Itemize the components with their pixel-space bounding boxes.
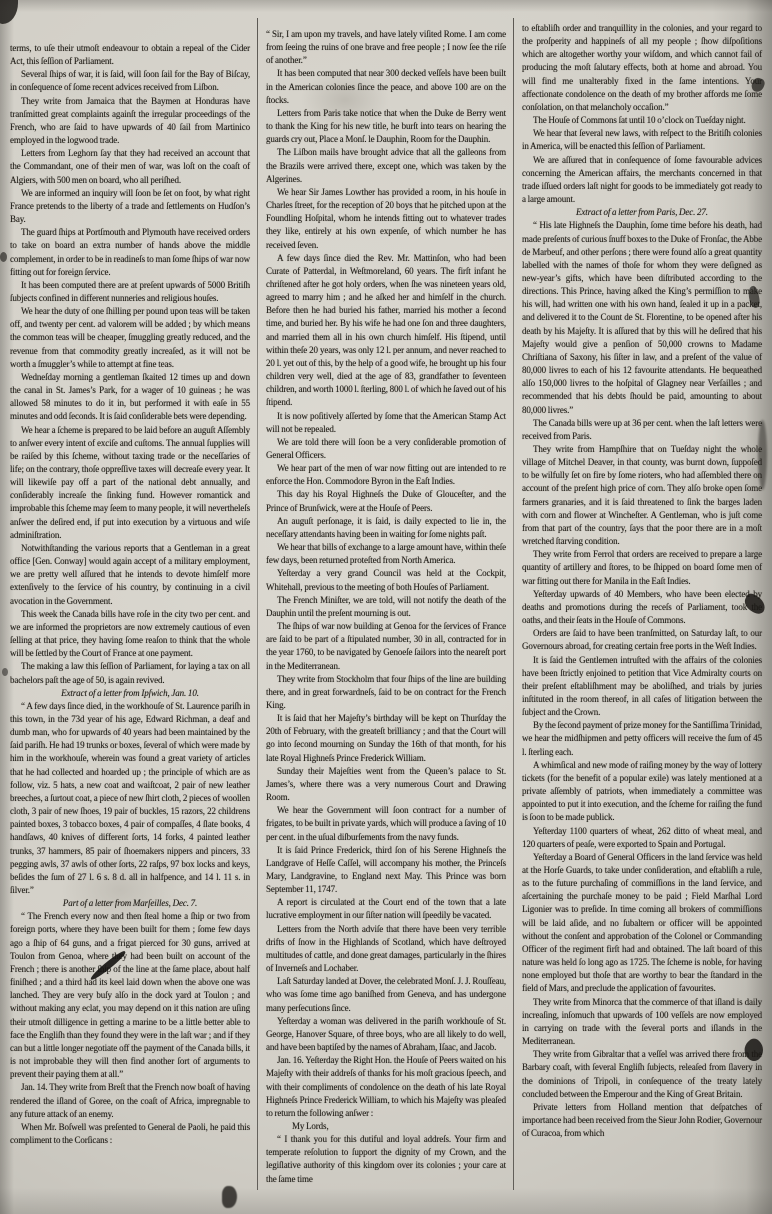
ink-blot	[2, 668, 8, 676]
letter-extract-heading: Extract of a letter from Paris, Dec. 27.	[522, 206, 762, 219]
news-paragraph: Letters from the North adviſe that there…	[266, 923, 506, 976]
column-gutter	[506, 18, 522, 1208]
news-paragraph: We hear that ſeveral new laws, with reſp…	[522, 127, 762, 153]
news-paragraph: Yeſterday 1100 quarters of wheat, 262 di…	[522, 825, 762, 851]
news-paragraph: It is ſaid Prince Frederick, third ſon o…	[266, 844, 506, 897]
news-paragraph: Sunday their Majeſties went from the Que…	[266, 765, 506, 804]
news-paragraph: Yeſterday upwards of 40 Members, who hav…	[522, 588, 762, 627]
news-paragraph: We hear a ſcheme is prepared to be laid …	[10, 424, 250, 542]
news-paragraph: “ I thank you for this dutiful and loyal…	[266, 1133, 506, 1186]
column-rule	[257, 18, 258, 1190]
news-paragraph: A few days ſince died the Rev. Mr. Matti…	[266, 252, 506, 410]
news-paragraph: The Houſe of Commons ſat until 10 o’cloc…	[522, 114, 762, 127]
text-column-1: terms, to uſe their utmoſt endeavour to …	[10, 18, 250, 1208]
news-paragraph: Letters from Leghorn ſay that they had r…	[10, 147, 250, 186]
news-paragraph: Wedneſday morning a gentleman ſkaited 12…	[10, 371, 250, 424]
news-paragraph: By the ſecond payment of prize money for…	[522, 719, 762, 758]
ink-blot	[0, 252, 7, 262]
news-paragraph: They write from Ferrol that orders are r…	[522, 548, 762, 587]
column-gutter	[250, 18, 266, 1208]
news-paragraph: Jan. 16. Yeſterday the Right Hon. the Ho…	[266, 1054, 506, 1120]
news-paragraph: Yeſterday a very grand Council was held …	[266, 567, 506, 593]
news-paragraph: A whimſical and new mode of raiſing mone…	[522, 759, 762, 825]
news-paragraph: This week the Canada bills have roſe in …	[10, 608, 250, 661]
news-paragraph: A report is circulated at the Court end …	[266, 896, 506, 922]
letter-extract-heading: Extract of a letter from Ipſwich, Jan. 1…	[10, 687, 250, 700]
news-paragraph: My Lords,	[266, 1120, 506, 1133]
news-paragraph: The French Miniſter, we are told, will n…	[266, 594, 506, 620]
news-paragraph: terms, to uſe their utmoſt endeavour to …	[10, 42, 250, 68]
news-paragraph: We hear part of the men of war now fitti…	[266, 462, 506, 488]
news-paragraph: We are aſſured that in conſequence of ſo…	[522, 154, 762, 207]
news-paragraph: It has been computed that near 300 decke…	[266, 67, 506, 106]
newspaper-page: terms, to uſe their utmoſt endeavour to …	[0, 0, 772, 1214]
news-paragraph: An auguſt perſonage, it is ſaid, is dail…	[266, 515, 506, 541]
news-paragraph: We hear that bills of exchange to a larg…	[266, 541, 506, 567]
news-paragraph: It has been computed there are at preſen…	[10, 279, 250, 305]
news-paragraph: Jan. 14. They write from Breſt that the …	[10, 1081, 250, 1120]
news-paragraph: The ſhips of war now building at Genoa f…	[266, 620, 506, 673]
news-paragraph: We are informed an inquiry will ſoon be …	[10, 187, 250, 226]
column-rule	[513, 18, 514, 1190]
news-paragraph: The Liſbon mails have brought advice tha…	[266, 146, 506, 185]
news-paragraph: It is ſaid the Gentlemen intruſted with …	[522, 654, 762, 720]
news-paragraph: Yeſterday a Board of General Officers in…	[522, 851, 762, 996]
news-paragraph: “ His late Highneſs the Dauphin, ſome ti…	[522, 219, 762, 416]
news-paragraph: This day his Royal Highneſs the Duke of …	[266, 488, 506, 514]
news-paragraph: Orders are ſaid to have been tranſmitted…	[522, 627, 762, 653]
column-layout: terms, to uſe their utmoſt endeavour to …	[10, 18, 762, 1208]
news-paragraph: They write from Gibraltar that a veſſel …	[522, 1048, 762, 1101]
news-paragraph: The making a law this ſeſſion of Parliam…	[10, 660, 250, 686]
news-paragraph: It is now poſitively aſſerted by ſome th…	[266, 410, 506, 436]
news-paragraph: Notwithſtanding the various reports that…	[10, 542, 250, 608]
news-paragraph: Letters from Paris take notice that when…	[266, 107, 506, 146]
news-paragraph: The Canada bills were up at 36 per cent.…	[522, 417, 762, 443]
news-paragraph: The guard ſhips at Portſmouth and Plymou…	[10, 226, 250, 279]
news-paragraph: It is ſaid that her Majeſty’s birthday w…	[266, 712, 506, 765]
text-column-2: “ Sir, I am upon my travels, and have la…	[266, 18, 506, 1208]
news-paragraph: They write from Jamaica that the Baymen …	[10, 95, 250, 148]
letter-extract-heading: Part of a letter from Marſeilles, Dec. 7…	[10, 897, 250, 910]
news-paragraph: We hear the Government will ſoon contrac…	[266, 804, 506, 843]
news-paragraph: “ The French every now and then ſteal ho…	[10, 910, 250, 1081]
text-column-3: to eſtabliſh order and tranquillity in t…	[522, 18, 762, 1208]
news-paragraph: We hear the duty of one ſhilling per pou…	[10, 305, 250, 371]
news-paragraph: They write from Hampſhire that on Tueſda…	[522, 443, 762, 548]
news-paragraph: Several ſhips of war, it is ſaid, will ſ…	[10, 68, 250, 94]
news-paragraph: They write from Stockholm that four ſhip…	[266, 673, 506, 712]
news-paragraph: “ Sir, I am upon my travels, and have la…	[266, 28, 506, 67]
news-paragraph: Private letters from Holland mention tha…	[522, 1101, 762, 1140]
news-paragraph: to eſtabliſh order and tranquillity in t…	[522, 22, 762, 114]
news-paragraph: “ A few days ſince died, in the workhouſ…	[10, 700, 250, 897]
news-paragraph: When Mr. Boſwell was preſented to Genera…	[10, 1121, 250, 1147]
news-paragraph: Yeſterday a woman was delivered in the p…	[266, 1015, 506, 1054]
news-paragraph: We are told there will ſoon be a very co…	[266, 436, 506, 462]
news-paragraph: They write from Minorca that the commerc…	[522, 996, 762, 1049]
news-paragraph: We hear Sir James Lowther has provided a…	[266, 186, 506, 252]
news-paragraph: Laſt Saturday landed at Dover, the celeb…	[266, 975, 506, 1014]
